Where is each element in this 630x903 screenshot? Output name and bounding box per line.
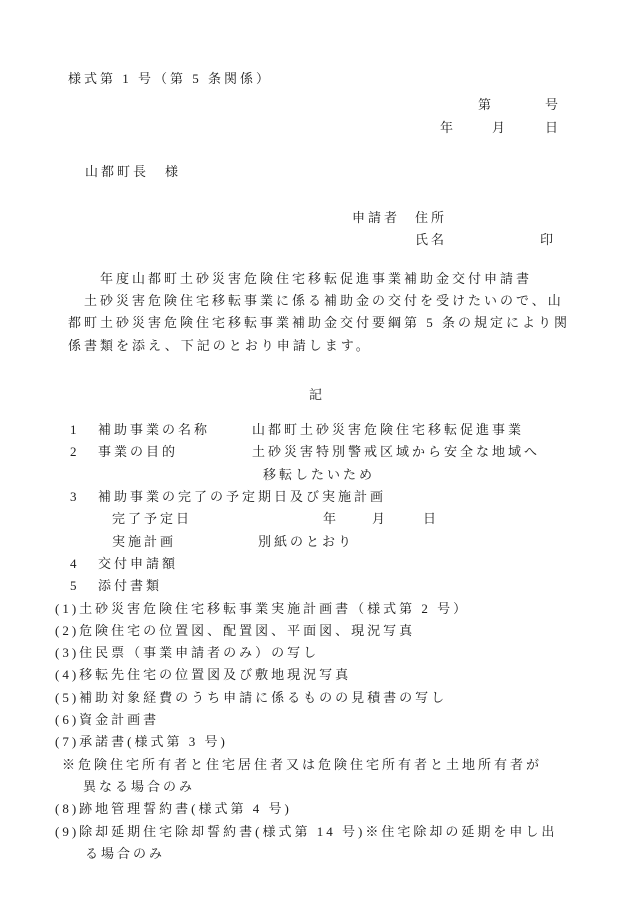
attachment-4: (4)移転先住宅の位置図及び敷地現況写真 bbox=[55, 664, 351, 686]
item4-number: 4 bbox=[70, 553, 80, 575]
item1-number: 1 bbox=[70, 419, 80, 441]
addressee: 山都町長 様 bbox=[85, 161, 181, 183]
body-line-2: 都町土砂災害危険住宅移転事業補助金交付要綱第 5 条の規定により関 bbox=[68, 312, 570, 334]
attachment-5: (5)補助対象経費のうち申請に係るものの見積書の写し bbox=[55, 687, 447, 709]
record-mark: 記 bbox=[309, 384, 325, 406]
item3-plan-value: 別紙のとおり bbox=[258, 531, 354, 553]
applicant-label: 申請者 bbox=[352, 207, 400, 229]
item2-number: 2 bbox=[70, 441, 80, 463]
item3-number: 3 bbox=[70, 486, 80, 508]
applicant-address-label: 住所 bbox=[415, 207, 447, 229]
doc-number-suffix: 号 bbox=[545, 94, 561, 116]
item1-label: 補助事業の名称 bbox=[98, 419, 210, 441]
attachment-1: (1)土砂災害危険住宅移転事業実施計画書（様式第 2 号） bbox=[55, 598, 469, 620]
seal-label: 印 bbox=[540, 229, 556, 251]
attachment-7-note-line2: 異なる場合のみ bbox=[83, 776, 195, 798]
item5-label: 添付書類 bbox=[98, 575, 162, 597]
form-number-label: 様式第 1 号（第 5 条関係） bbox=[68, 68, 272, 90]
attachment-9: (9)除却延期住宅除却誓約書(様式第 14 号)※住宅除却の延期を申し出 bbox=[55, 821, 557, 843]
attachment-7-note-line1: ※危険住宅所有者と住宅居住者又は危険住宅所有者と土地所有者が bbox=[62, 754, 542, 776]
item3-due-year: 年 bbox=[323, 508, 339, 530]
item1-value: 山都町土砂災害危険住宅移転促進事業 bbox=[252, 419, 524, 441]
attachment-7: (7)承諾書(様式第 3 号) bbox=[55, 731, 228, 753]
item3-due-day: 日 bbox=[423, 508, 439, 530]
attachment-3: (3)住民票（事業申請者のみ）の写し bbox=[55, 642, 319, 664]
body-line-3: 係書類を添え、下記のとおり申請します。 bbox=[68, 335, 372, 357]
body-line-1: 土砂災害危険住宅移転事業に係る補助金の交付を受けたいので、山 bbox=[68, 290, 564, 312]
document-title: 年度山都町土砂災害危険住宅移転促進事業補助金交付申請書 bbox=[100, 268, 532, 290]
item3-due-month: 月 bbox=[372, 508, 388, 530]
date-month-label: 月 bbox=[492, 117, 508, 139]
attachment-6: (6)資金計画書 bbox=[55, 709, 159, 731]
attachment-8: (8)跡地管理誓約書(様式第 4 号) bbox=[55, 798, 292, 820]
item2-label: 事業の目的 bbox=[98, 441, 178, 463]
applicant-name-label: 氏名 bbox=[415, 229, 447, 251]
date-day-label: 日 bbox=[545, 117, 561, 139]
document-page: 様式第 1 号（第 5 条関係） 第 号 年 月 日 山都町長 様 申請者 住所… bbox=[0, 0, 630, 903]
item4-label: 交付申請額 bbox=[98, 553, 178, 575]
date-year-label: 年 bbox=[440, 117, 456, 139]
attachment-2: (2)危険住宅の位置図、配置図、平面図、現況写真 bbox=[55, 620, 415, 642]
item2-value-line2: 移転したいため bbox=[263, 464, 375, 486]
item5-number: 5 bbox=[70, 575, 80, 597]
attachment-9-cont: る場合のみ bbox=[85, 843, 165, 865]
item2-value: 土砂災害特別警戒区域から安全な地域へ bbox=[252, 441, 540, 463]
item3-label: 補助事業の完了の予定期日及び実施計画 bbox=[98, 486, 386, 508]
item3-plan-label: 実施計画 bbox=[112, 531, 176, 553]
item3-due-label: 完了予定日 bbox=[112, 508, 192, 530]
doc-number-prefix: 第 bbox=[478, 94, 494, 116]
